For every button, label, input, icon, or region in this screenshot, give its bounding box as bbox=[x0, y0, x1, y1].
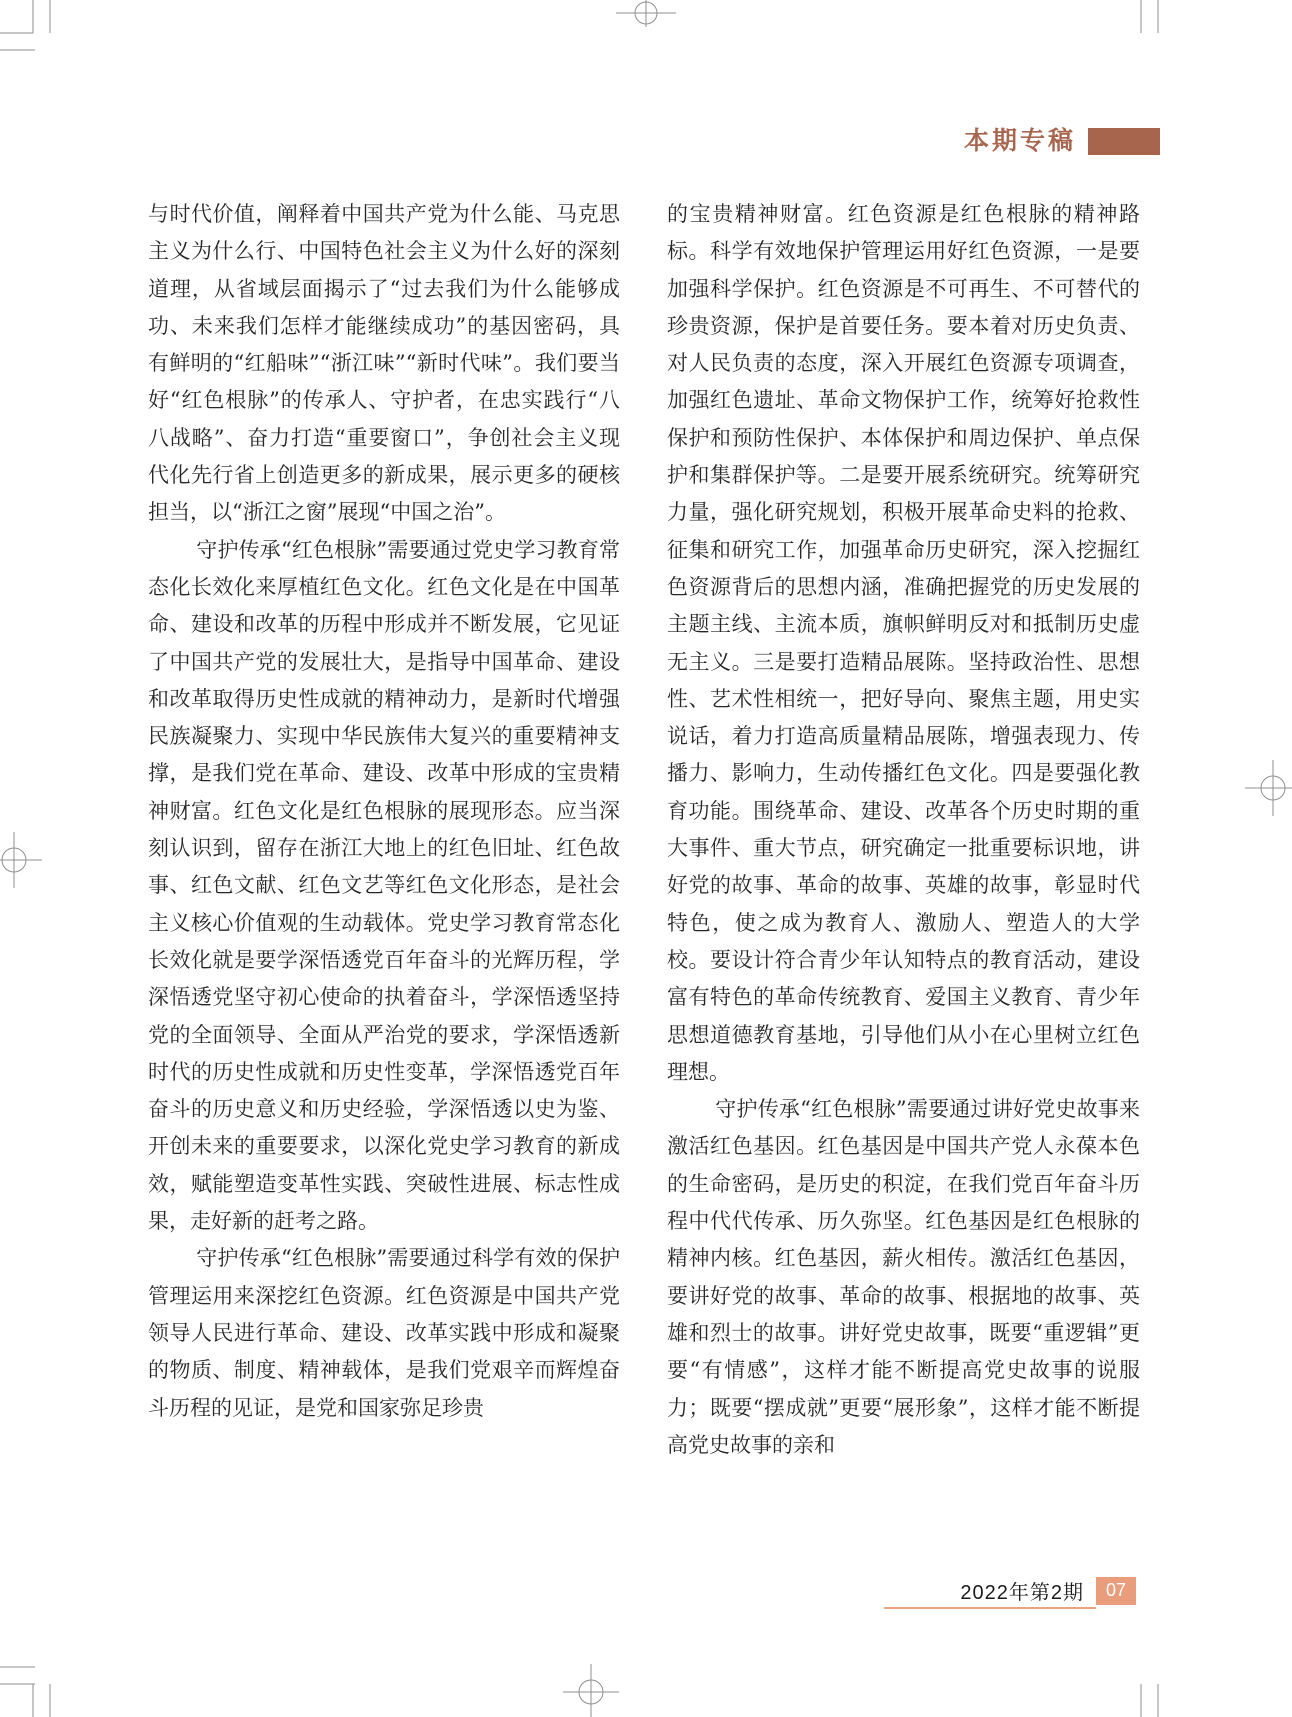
article-column-right: 的宝贵精神财富。红色资源是红色根脉的精神路标。科学有效地保护管理运用好红色资源，… bbox=[667, 196, 1140, 1464]
article-paragraph: 守护传承“红色根脉”需要通过讲好党史故事来激活红色基因。红色基因是中国共产党人永… bbox=[667, 1091, 1140, 1464]
crop-mark-top-right bbox=[1141, 0, 1158, 33]
registration-mark-left-middle bbox=[0, 832, 42, 888]
article-paragraph: 的宝贵精神财富。红色资源是红色根脉的精神路标。科学有效地保护管理运用好红色资源，… bbox=[667, 196, 1140, 1091]
article-paragraph: 守护传承“红色根脉”需要通过党史学习教育常态化长效化来厚植红色文化。红色文化是在… bbox=[148, 532, 620, 1241]
article-paragraph: 守护传承“红色根脉”需要通过科学有效的保护管理运用来深挖红色资源。红色资源是中国… bbox=[148, 1240, 620, 1426]
crop-mark-bottom-right bbox=[1141, 1684, 1158, 1717]
section-header: 本期专稿 bbox=[964, 126, 1160, 156]
article-column-left: 与时代价值，阐释着中国共产党为什么能、马克思主义为什么行、中国特色社会主义为什么… bbox=[148, 196, 620, 1427]
registration-mark-bottom-center bbox=[563, 1664, 619, 1717]
page-number-badge: 07 bbox=[1096, 1577, 1136, 1605]
footer-issue-label: 2022年第2期 bbox=[960, 1576, 1084, 1605]
registration-mark-right-middle bbox=[1245, 760, 1292, 816]
section-accent-bar bbox=[1088, 128, 1160, 155]
magazine-page: 本期专稿 与时代价值，阐释着中国共产党为什么能、马克思主义为什么行、中国特色社会… bbox=[0, 0, 1292, 1717]
section-title: 本期专稿 bbox=[964, 126, 1076, 156]
footer-rule bbox=[884, 1607, 1096, 1609]
page-footer: 2022年第2期 07 bbox=[960, 1576, 1136, 1605]
crop-mark-top-left bbox=[0, 0, 50, 50]
article-paragraph: 与时代价值，阐释着中国共产党为什么能、马克思主义为什么行、中国特色社会主义为什么… bbox=[148, 196, 620, 532]
crop-mark-bottom-left bbox=[0, 1667, 50, 1717]
registration-mark-top-center bbox=[616, 0, 676, 27]
